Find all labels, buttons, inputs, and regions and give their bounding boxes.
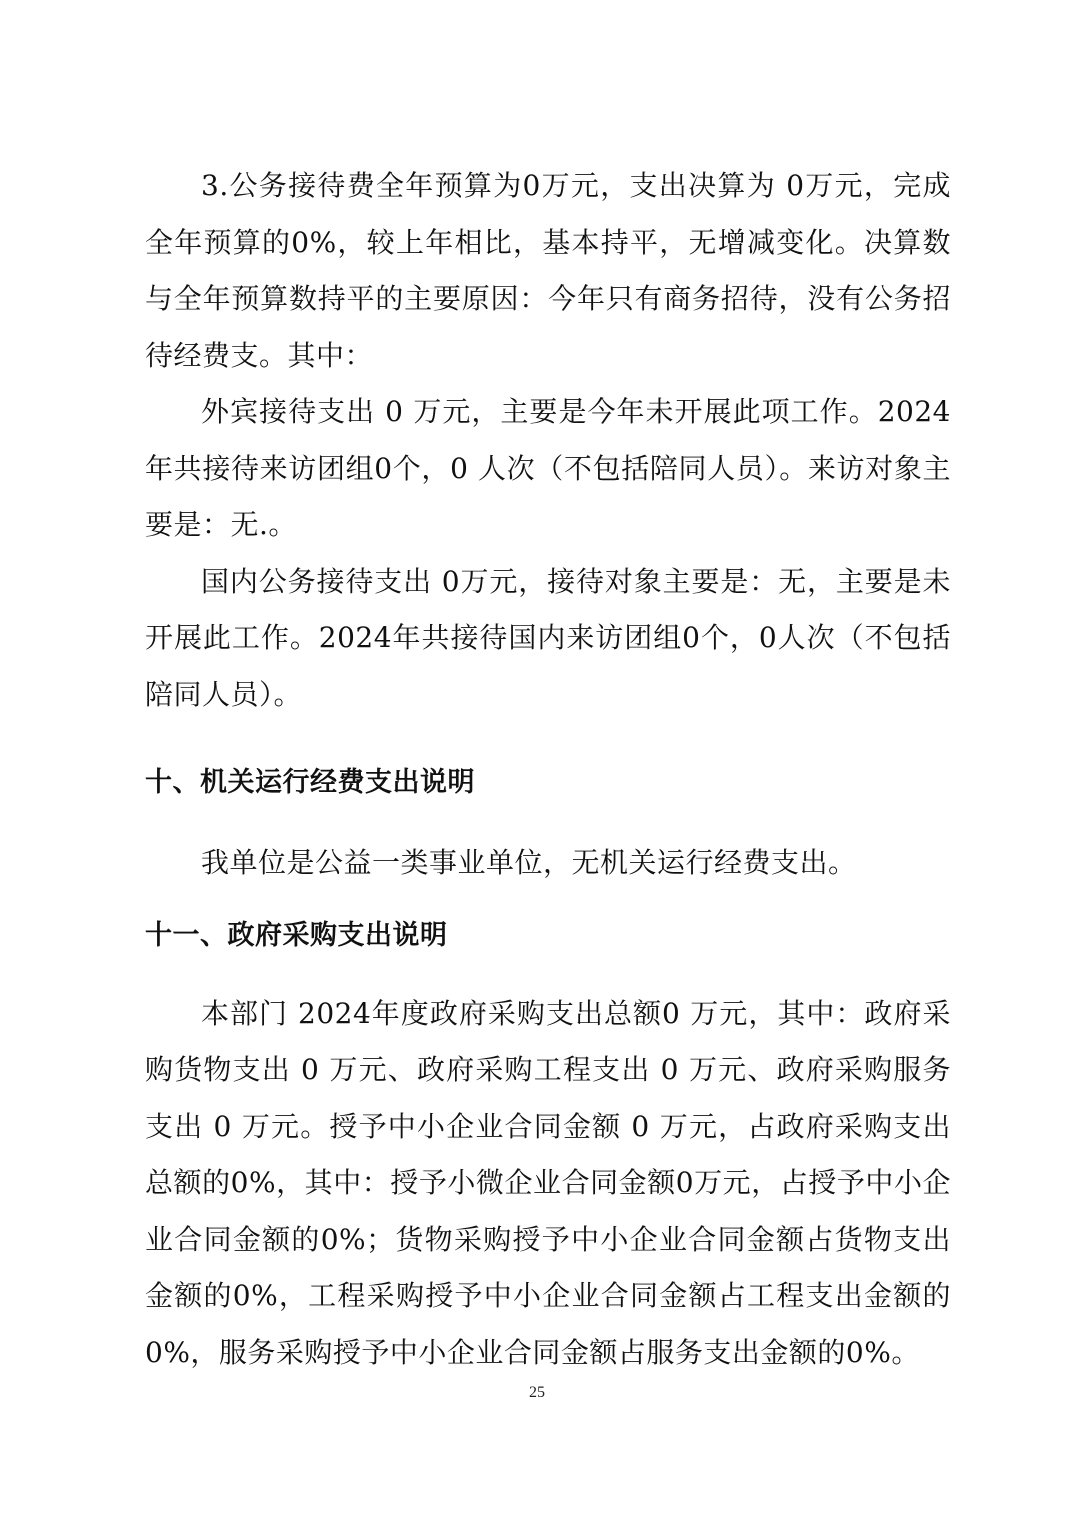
document-page: 3.公务接待费全年预算为0万元，支出决算为 0万元，完成全年预算的0%，较上年相… (145, 158, 951, 1381)
paragraph-foreign-guest-reception: 外宾接待支出 0 万元，主要是今年未开展此项工作。2024年共接待来访团组0个，… (145, 384, 951, 554)
paragraph-reception-expense-summary: 3.公务接待费全年预算为0万元，支出决算为 0万元，完成全年预算的0%，较上年相… (145, 158, 951, 384)
paragraph-government-procurement: 本部门 2024年度政府采购支出总额0 万元，其中：政府采购货物支出 0 万元、… (145, 986, 951, 1382)
paragraph-operating-expenses: 我单位是公益一类事业单位，无机关运行经费支出。 (145, 835, 951, 892)
section-heading-operating-expenses: 十、机关运行经费支出说明 (145, 763, 951, 803)
page-number: 25 (0, 1384, 1074, 1402)
section-heading-government-procurement: 十一、政府采购支出说明 (145, 916, 951, 956)
paragraph-domestic-reception: 国内公务接待支出 0万元，接待对象主要是：无，主要是未开展此工作。2024年共接… (145, 554, 951, 724)
